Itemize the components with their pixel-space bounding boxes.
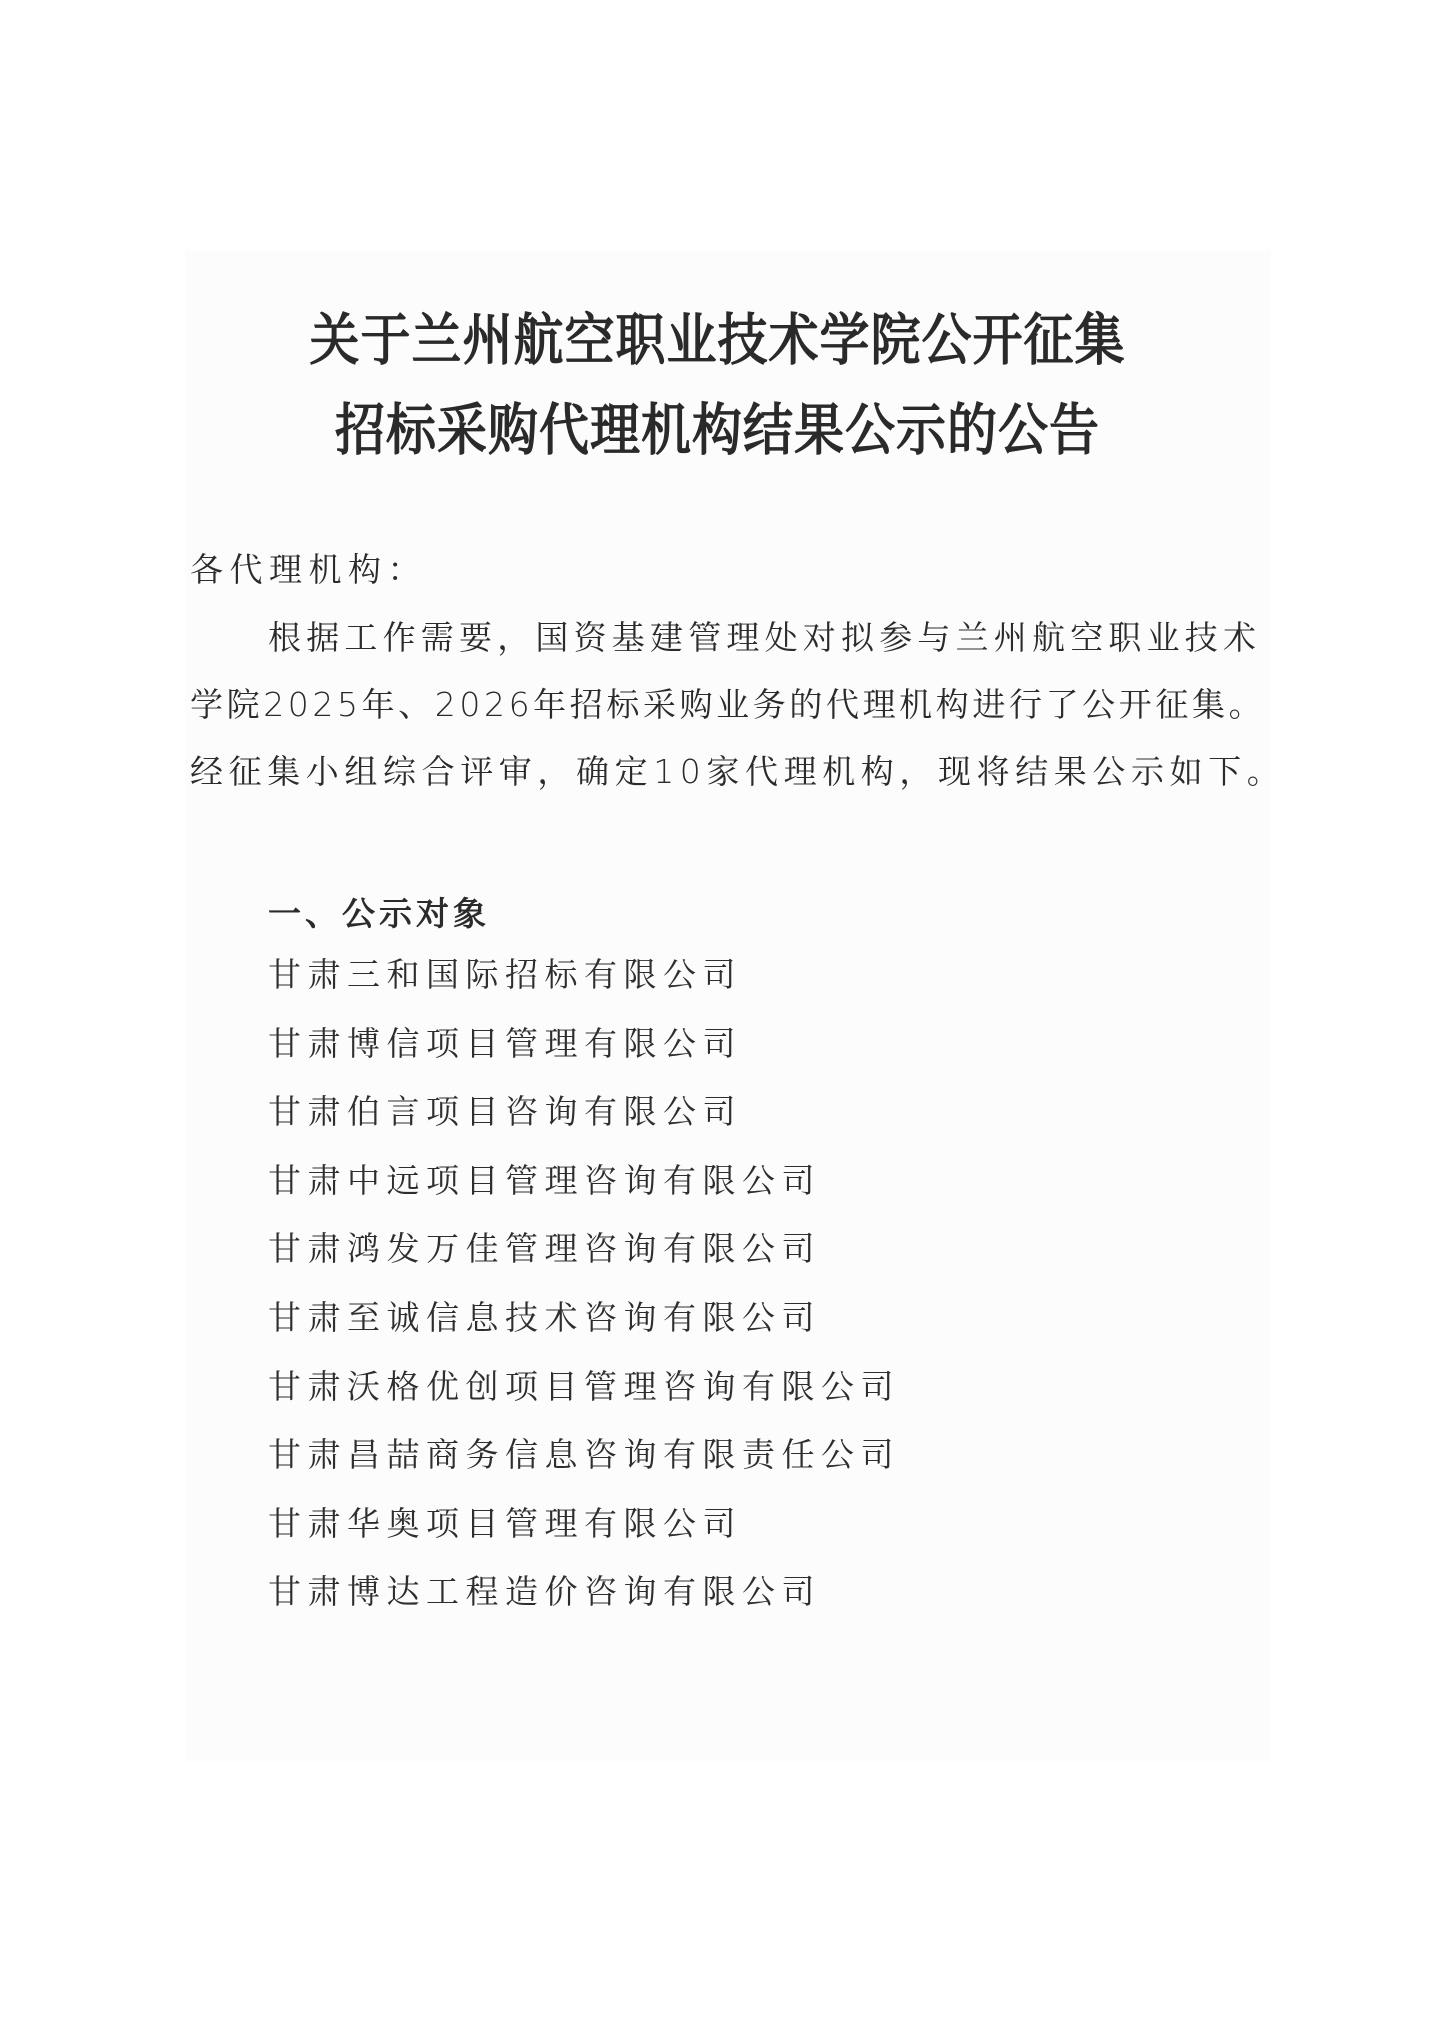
company-item: 甘肃博达工程造价咨询有限公司	[268, 1572, 900, 1641]
paragraph-line-2: 学院2025年、2026年招标采购业务的代理机构进行了公开征集。	[190, 685, 1265, 725]
document-title-line-1: 关于兰州航空职业技术学院公开征集	[0, 295, 1435, 376]
company-item: 甘肃昌喆商务信息咨询有限责任公司	[268, 1435, 900, 1504]
paragraph-line-1: 根据工作需要，国资基建管理处对拟参与兰州航空职业技术	[268, 618, 1261, 658]
company-item: 甘肃三和国际招标有限公司	[268, 955, 900, 1024]
section-heading: 一、公示对象	[268, 888, 490, 935]
company-item: 甘肃至诚信息技术咨询有限公司	[268, 1298, 900, 1367]
company-item: 甘肃鸿发万佳管理咨询有限公司	[268, 1229, 900, 1298]
salutation: 各代理机构：	[190, 550, 427, 590]
company-list: 甘肃三和国际招标有限公司 甘肃博信项目管理有限公司 甘肃伯言项目咨询有限公司 甘…	[268, 955, 900, 1641]
company-item: 甘肃沃格优创项目管理咨询有限公司	[268, 1367, 900, 1436]
company-item: 甘肃博信项目管理有限公司	[268, 1024, 900, 1093]
company-item: 甘肃中远项目管理咨询有限公司	[268, 1161, 900, 1230]
document-title-line-2: 招标采购代理机构结果公示的公告	[0, 385, 1435, 466]
company-item: 甘肃华奥项目管理有限公司	[268, 1504, 900, 1573]
company-item: 甘肃伯言项目咨询有限公司	[268, 1092, 900, 1161]
paragraph-line-3: 经征集小组综合评审，确定10家代理机构，现将结果公示如下。	[190, 752, 1285, 792]
